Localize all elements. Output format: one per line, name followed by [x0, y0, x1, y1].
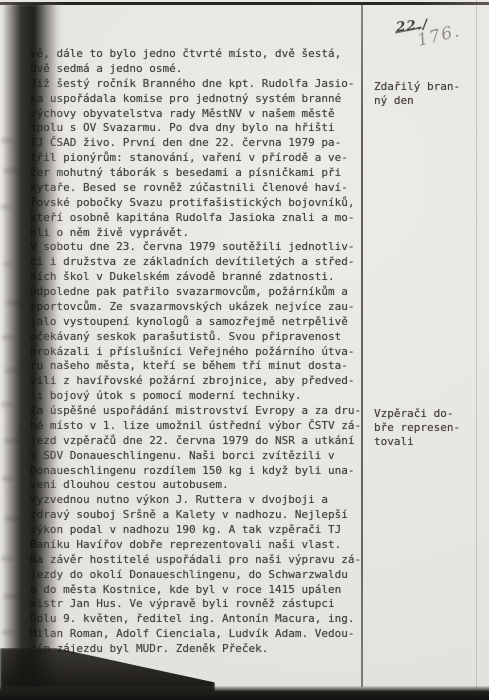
body-text-line: TJ ČSAD živo. První den dne 22. června 1…	[30, 136, 370, 151]
body-text-line: hli o něm živě vyprávět.	[30, 226, 370, 241]
margin-note-line: Zdařilý bran-	[374, 80, 460, 94]
body-text-column: vě, dále to bylo jedno čtvrté místo, dvě…	[30, 47, 370, 657]
margin-note-vzperaci: Vzpěrači do-bře represen-tovali	[374, 407, 460, 449]
margin-divider-line	[361, 4, 363, 687]
body-text-line: řovské pobočky Svazu protifašistických b…	[30, 196, 370, 211]
body-text-line: Vyzvednou nutno výkon J. Ruttera v dvojb…	[30, 493, 370, 508]
body-text-line: ních škol v Dukelském závodě branné zdat…	[30, 270, 370, 285]
body-text-line: dvě sedmá a jedno osmé.	[30, 62, 370, 77]
body-text-line: a do města Kostnice, kde byl v roce 1415…	[30, 583, 370, 598]
scanned-page: vě, dále to bylo jedno čtvrté místo, dvě…	[0, 0, 489, 700]
body-text-line: vili z havířovské požární zbrojnice, aby…	[30, 374, 370, 389]
body-text-line: kytaře. Besed se rovněž zúčastnili členo…	[30, 181, 370, 196]
body-text-line: prokázali i příslušníci Veřejného požárn…	[30, 345, 370, 360]
body-text-line: ru našeho města, kteří se během tří minu…	[30, 359, 370, 374]
body-text-line: s SDV Donaueschlingenu. Naši borci zvítě…	[30, 449, 370, 464]
body-text-line: sportovcům. Ze svazarmovských ukázek nej…	[30, 300, 370, 315]
body-text-line: vě, dále to bylo jedno čtvrté místo, dvě…	[30, 47, 370, 62]
body-text-line: Odpoledne pak patřilo svazarmovcům, požá…	[30, 285, 370, 300]
binding-shadow	[2, 4, 64, 688]
margin-note-line: tovali	[374, 435, 460, 449]
body-text-line: výkon podal v nadhozu 190 kg. A tak vzpě…	[30, 523, 370, 538]
body-text-line: Baníku Havířov dobře reprezentovali naši…	[30, 538, 370, 553]
bottom-edge-line	[0, 686, 489, 700]
body-text-line: Dolu 9. květen, ředitel ing. Antonín Mac…	[30, 612, 370, 627]
right-edge-line	[476, 0, 477, 700]
margin-note-branny-den: Zdařilý bran-ný den	[374, 80, 460, 108]
body-text-line: veni dlouhou cestou autobusem.	[30, 478, 370, 493]
body-text-line: V sobotu dne 23. června 1979 soutěžili j…	[30, 240, 370, 255]
body-text-line: mistr Jan Hus. Ve výpravě byli rovněž zá…	[30, 597, 370, 612]
body-text-line: Za úspěšné uspořádání mistrovství Evropy…	[30, 404, 370, 419]
body-text-line: Milan Roman, Adolf Cienciala, Ludvík Ada…	[30, 627, 370, 642]
body-text-line: jezd vzpěračů dne 22. června 1979 do NSR…	[30, 434, 370, 449]
body-text-line: jalo vystoupení kynologů a samozřejmě ne…	[30, 315, 370, 330]
body-text-line: ka uspořádala komise pro jednotný systém…	[30, 92, 370, 107]
body-text-line: výchovy obyvatelstva rady MěstNV v našem…	[30, 107, 370, 122]
body-text-line: li bojový útok s pomocí moderní techniky…	[30, 389, 370, 404]
body-text-line: Donaueschlingenu rozdílem 150 kg i když …	[30, 464, 370, 479]
body-text-line: Již šestý ročník Branného dne kpt. Rudol…	[30, 77, 370, 92]
body-text-line: Na závěr hostitelé uspořádali pro naši v…	[30, 553, 370, 568]
body-text-line: třil pionýrům: stanování, vaření v příro…	[30, 151, 370, 166]
body-text-line: očekávaný seskok parašutistů. Svou připr…	[30, 330, 370, 345]
body-text-line: ci i družstva ze základních devítiletých…	[30, 255, 370, 270]
body-text-line: zdravý souboj Sršně a Kalety v nadhozu. …	[30, 508, 370, 523]
margin-note-line: ný den	[374, 94, 460, 108]
body-text-line: spolu s OV Svazarmu. Po dva dny bylo na …	[30, 121, 370, 136]
body-text-line: jezdy do okolí Donaueschlingenu, do Schw…	[30, 568, 370, 583]
margin-note-line: bře represen-	[374, 421, 460, 435]
body-text-line: čer mohutný táborák s besedami a písničk…	[30, 166, 370, 181]
margin-note-line: Vzpěrači do-	[374, 407, 460, 421]
body-text-line: hé místo v 1. lize umožnil ústřední výbo…	[30, 419, 370, 434]
body-text-line: kteří osobně kapitána Rudolfa Jasioka zn…	[30, 211, 370, 226]
top-edge-line	[0, 2, 489, 5]
